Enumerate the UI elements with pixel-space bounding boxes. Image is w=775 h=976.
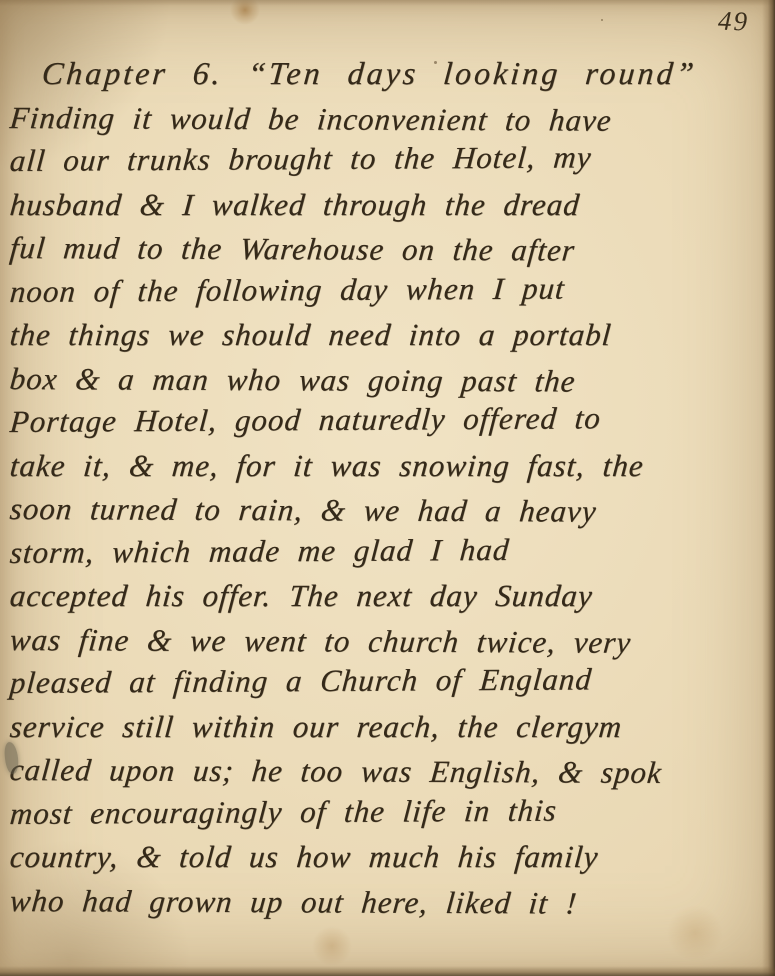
manuscript-line: storm, which made me glad I had: [0, 526, 775, 574]
manuscript-page: 49 Chapter 6. “Ten days looking round” F…: [0, 0, 775, 976]
manuscript-line: take it, & me, for it was snowing fast, …: [0, 444, 775, 488]
manuscript-line: most encouragingly of the life in this: [0, 787, 775, 835]
chapter-heading: Chapter 6. “Ten days looking round”: [0, 52, 775, 96]
manuscript-line: the things we should need into a portabl: [0, 313, 775, 357]
manuscript-line: country, & told us how much his family: [0, 835, 775, 879]
paper-speck: [434, 61, 437, 64]
page-edge-top: [0, 0, 775, 6]
page-number: 49: [717, 5, 749, 37]
manuscript-line: service still within our reach, the cler…: [0, 705, 775, 749]
manuscript-line: accepted his offer. The next day Sunday: [0, 574, 775, 618]
page-edge-bottom: [0, 966, 775, 976]
manuscript-line: husband & I walked through the dread: [0, 183, 775, 227]
manuscript-line: noon of the following day when I put: [0, 265, 775, 313]
paper-speck: [601, 19, 603, 21]
page-edge-shadow: [762, 0, 775, 976]
handwriting-block: Chapter 6. “Ten days looking round” Find…: [0, 52, 775, 922]
manuscript-line: Portage Hotel, good naturedly offered to: [0, 395, 775, 443]
manuscript-line: pleased at finding a Church of England: [0, 656, 775, 704]
manuscript-line: all our trunks brought to the Hotel, my: [0, 134, 775, 182]
paper-speck: [520, 338, 522, 340]
manuscript-line: who had grown up out here, liked it !: [0, 879, 775, 926]
